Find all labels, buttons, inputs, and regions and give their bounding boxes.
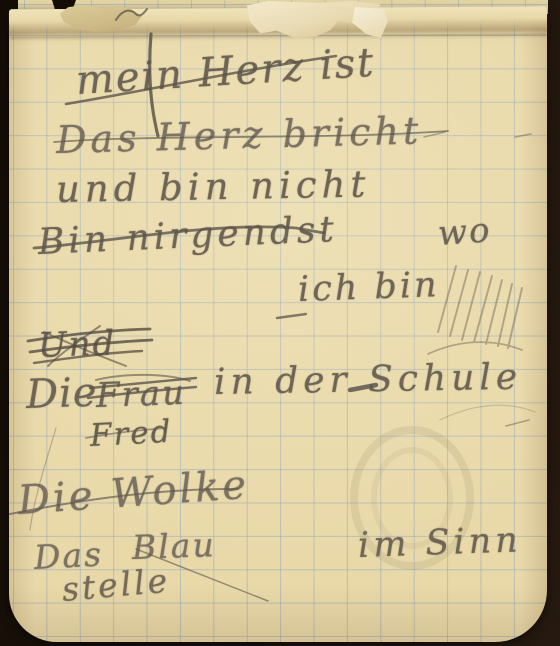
handwriting-line: Die xyxy=(25,370,98,418)
photo-background: { "photo": { "colors": { "background": "… xyxy=(0,0,560,646)
handwriting-line: Frau xyxy=(95,373,186,416)
handwriting-line: Fred xyxy=(89,414,173,454)
handwriting-line: Und xyxy=(37,323,117,366)
handwriting-line: und bin nicht xyxy=(56,163,371,211)
handwriting-line: im Sinn xyxy=(357,520,522,566)
handwriting-line: wo xyxy=(437,210,493,254)
handwriting-line: Blau xyxy=(131,525,216,567)
handwriting-line: ich bin xyxy=(297,265,440,310)
handwriting-line: in der Schule xyxy=(214,357,523,403)
